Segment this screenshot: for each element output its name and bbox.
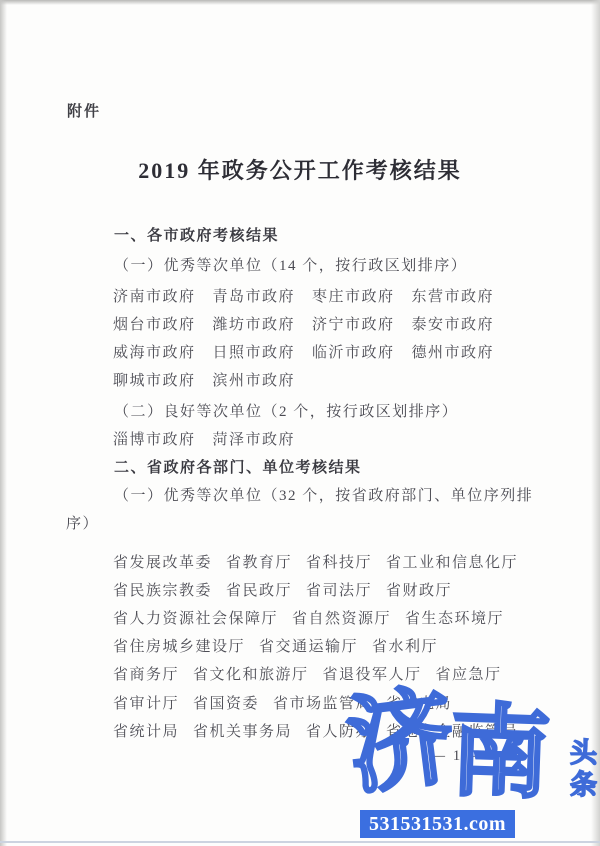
subsection-city-excellent-heading: （一）优秀等次单位（14 个，按行政区划排序）: [114, 254, 467, 275]
unit-name: 省教育厅: [226, 551, 292, 572]
unit-name: 聊城市政府: [113, 369, 196, 390]
watermark-site-badge: 531531531.com: [360, 810, 515, 838]
unit-name: 省财政厅: [386, 579, 452, 600]
document-page: 附件 2019 年政务公开工作考核结果 一、各市政府考核结果 （一）优秀等次单位…: [0, 0, 600, 846]
unit-name: 省发展改革委: [113, 551, 212, 572]
watermark-char-ji: 济: [342, 684, 460, 802]
dept-unit-row: 省人力资源社会保障厅省自然资源厅省生态环境厅: [113, 607, 504, 628]
city-unit-row: 烟台市政府潍坊市政府济宁市政府泰安市政府: [113, 313, 494, 334]
unit-name: 青岛市政府: [213, 285, 296, 306]
unit-name: 省机关事务局: [193, 720, 292, 741]
city-unit-row: 聊城市政府滨州市政府: [113, 369, 295, 390]
document-title: 2019 年政务公开工作考核结果: [0, 154, 600, 185]
watermark-toutiao-text: 头条: [562, 738, 600, 802]
unit-name: 省商务厅: [113, 663, 179, 684]
scan-edge-top: [0, 0, 600, 5]
unit-name: 省水利厅: [372, 635, 438, 656]
unit-name: 泰安市政府: [412, 313, 495, 334]
city-unit-row: 威海市政府日照市政府临沂市政府德州市政府: [113, 341, 494, 362]
watermark-char-nan: 南: [448, 702, 551, 805]
unit-name: 济南市政府: [113, 285, 196, 306]
dept-unit-row: 省发展改革委省教育厅省科技厅省工业和信息化厅: [113, 551, 518, 572]
unit-name: 省人力资源社会保障厅: [113, 607, 278, 628]
watermark-jinan-text: 济 南: [348, 690, 550, 804]
unit-name: 省退役军人厅: [323, 663, 422, 684]
unit-name: 东营市政府: [412, 285, 495, 306]
subsection-city-good-heading: （二）良好等次单位（2 个，按行政区划排序）: [114, 400, 458, 421]
unit-name: 省交通运输厅: [259, 635, 358, 656]
unit-name: 临沂市政府: [312, 341, 395, 362]
unit-name: 烟台市政府: [113, 313, 196, 334]
unit-name: 省统计局: [113, 720, 179, 741]
unit-name: 省文化和旅游厅: [193, 663, 309, 684]
scan-edge-right: [591, 0, 600, 846]
attachment-label: 附件: [67, 100, 101, 121]
unit-name: 潍坊市政府: [213, 313, 296, 334]
unit-name: 日照市政府: [213, 341, 296, 362]
unit-name: 枣庄市政府: [312, 285, 395, 306]
unit-name: 省司法厅: [306, 579, 372, 600]
unit-name: 滨州市政府: [213, 369, 296, 390]
unit-name: 淄博市政府: [113, 428, 196, 449]
unit-name: 济宁市政府: [312, 313, 395, 334]
dept-unit-row: 省民族宗教委省民政厅省司法厅省财政厅: [113, 579, 452, 600]
unit-name: 省国资委: [193, 692, 259, 713]
unit-name: 省自然资源厅: [292, 607, 391, 628]
scan-edge-left: [0, 0, 7, 846]
section-dept-results-heading: 二、省政府各部门、单位考核结果: [114, 456, 362, 477]
scan-bottom-line: [0, 841, 600, 843]
unit-name: 省住房城乡建设厅: [113, 635, 245, 656]
unit-name: 省工业和信息化厅: [386, 551, 518, 572]
unit-name: 省生态环境厅: [405, 607, 504, 628]
city-unit-row: 淄博市政府菏泽市政府: [113, 428, 295, 449]
unit-name: 省民政厅: [226, 579, 292, 600]
subsection-dept-excellent-heading-line2: 序）: [66, 512, 99, 533]
unit-name: 菏泽市政府: [213, 428, 296, 449]
section-city-results-heading: 一、各市政府考核结果: [114, 224, 279, 245]
unit-name: 德州市政府: [412, 341, 495, 362]
subsection-dept-excellent-heading-line1: （一）优秀等次单位（32 个，按省政府部门、单位序列排: [114, 484, 533, 505]
dept-unit-row: 省住房城乡建设厅省交通运输厅省水利厅: [113, 635, 438, 656]
unit-name: 省审计厅: [113, 692, 179, 713]
unit-name: 省民族宗教委: [113, 579, 212, 600]
unit-name: 威海市政府: [113, 341, 196, 362]
city-unit-row: 济南市政府青岛市政府枣庄市政府东营市政府: [113, 285, 494, 306]
unit-name: 省科技厅: [306, 551, 372, 572]
